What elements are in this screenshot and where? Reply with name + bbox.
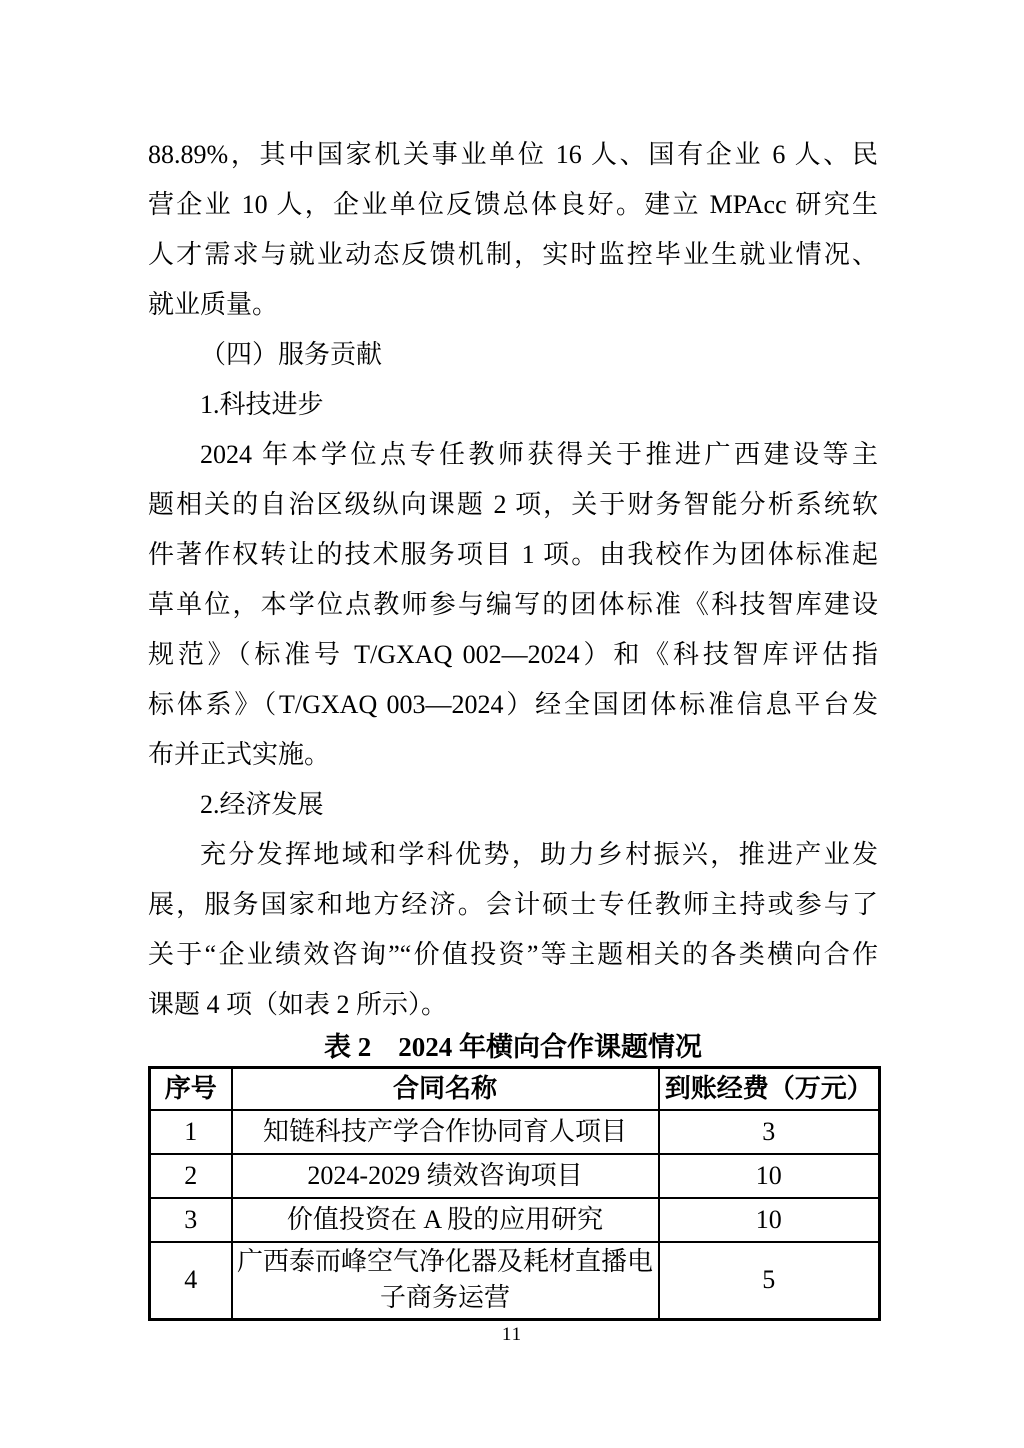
body-line: 关于“企业绩效咨询”“价值投资”等主题相关的各类横向合作: [148, 930, 878, 980]
subsection-heading: 2.经济发展: [148, 780, 878, 830]
cell-amount: 10: [659, 1198, 880, 1242]
cell-no: 4: [150, 1242, 232, 1320]
cell-amount: 10: [659, 1154, 880, 1198]
section-heading: （四）服务贡献: [148, 330, 878, 380]
cell-amount: 5: [659, 1242, 880, 1320]
body-line: 88.89%，其中国家机关事业单位 16 人、国有企业 6 人、民: [148, 130, 878, 180]
document-body: 88.89%，其中国家机关事业单位 16 人、国有企业 6 人、民 营企业 10…: [148, 130, 878, 1321]
cell-name: 知链科技产学合作协同育人项目: [232, 1110, 659, 1154]
cooperation-projects-table: 序号 合同名称 到账经费（万元） 1 知链科技产学合作协同育人项目 3 2 20…: [148, 1066, 881, 1321]
body-line: 草单位，本学位点教师参与编写的团体标准《科技智库建设: [148, 580, 878, 630]
body-line: 就业质量。: [148, 280, 878, 330]
body-line: 课题 4 项（如表 2 所示）。: [148, 980, 878, 1030]
table-row: 3 价值投资在 A 股的应用研究 10: [150, 1198, 880, 1242]
cell-no: 3: [150, 1198, 232, 1242]
column-header-amount: 到账经费（万元）: [659, 1068, 880, 1110]
table-row: 2 2024-2029 绩效咨询项目 10: [150, 1154, 880, 1198]
table-header-row: 序号 合同名称 到账经费（万元）: [150, 1068, 880, 1110]
body-line: 充分发挥地域和学科优势，助力乡村振兴，推进产业发: [148, 830, 878, 880]
cell-no: 1: [150, 1110, 232, 1154]
body-line: 题相关的自治区级纵向课题 2 项，关于财务智能分析系统软: [148, 480, 878, 530]
table-row: 4 广西泰而峰空气净化器及耗材直播电子商务运营 5: [150, 1242, 880, 1320]
table-row: 1 知链科技产学合作协同育人项目 3: [150, 1110, 880, 1154]
cell-amount: 3: [659, 1110, 880, 1154]
cell-no: 2: [150, 1154, 232, 1198]
body-line: 营企业 10 人，企业单位反馈总体良好。建立 MPAcc 研究生: [148, 180, 878, 230]
body-line: 人才需求与就业动态反馈机制，实时监控毕业生就业情况、: [148, 230, 878, 280]
body-line: 布并正式实施。: [148, 730, 878, 780]
cell-name: 广西泰而峰空气净化器及耗材直播电子商务运营: [232, 1242, 659, 1320]
body-line: 展，服务国家和地方经济。会计硕士专任教师主持或参与了: [148, 880, 878, 930]
cell-name: 价值投资在 A 股的应用研究: [232, 1198, 659, 1242]
body-line: 规范》（标准号 T/GXAQ 002—2024）和《科技智库评估指: [148, 630, 878, 680]
page-number: 11: [0, 1324, 1024, 1346]
table-caption: 表 2 2024 年横向合作课题情况: [148, 1030, 878, 1066]
document-page: 88.89%，其中国家机关事业单位 16 人、国有企业 6 人、民 营企业 10…: [0, 0, 1024, 1448]
column-header-name: 合同名称: [232, 1068, 659, 1110]
body-line: 2024 年本学位点专任教师获得关于推进广西建设等主: [148, 430, 878, 480]
cell-name: 2024-2029 绩效咨询项目: [232, 1154, 659, 1198]
subsection-heading: 1.科技进步: [148, 380, 878, 430]
body-line: 件著作权转让的技术服务项目 1 项。由我校作为团体标准起: [148, 530, 878, 580]
column-header-no: 序号: [150, 1068, 232, 1110]
body-line: 标体系》（T/GXAQ 003—2024）经全国团体标准信息平台发: [148, 680, 878, 730]
